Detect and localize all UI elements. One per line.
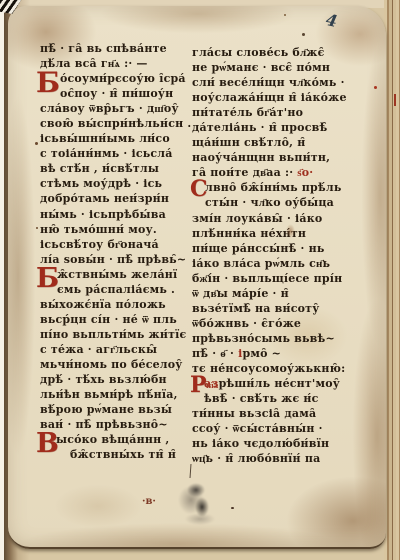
text-run: с тоіа́нн́нмь · ісьсла́ <box>40 147 173 160</box>
text-line: дрѣ́ · тѣ́хь вьзлю́бн <box>40 373 192 388</box>
text-line: вьзе́тїмѣ̑ на вн́соту̑ <box>192 302 344 317</box>
text-line: гла́сы слове́сь бл҃жє̑ <box>192 46 344 61</box>
text-line: с те́жа · агг҃льскы̑ <box>40 343 192 358</box>
quire-signature: ·в· <box>142 496 156 507</box>
rubric-initial: С <box>190 178 208 200</box>
speck <box>374 86 377 89</box>
text-run: ню̑ тьмо́шнн́ моу. <box>40 223 157 236</box>
text-run: ісьсвѣ́тоу бг҃онача́ <box>40 238 159 251</box>
text-line: вы́хожє́нїа по́ложь <box>40 298 192 313</box>
text-run: о́соумн́рєсоу́ю і̑сра́ <box>60 72 186 85</box>
text-line: ссоу́ · ѿсы́ста́вны́н · <box>192 422 344 437</box>
text-line: вѣ стѣ́н , н́свѣ́тлы <box>40 162 192 177</box>
speck <box>284 14 286 16</box>
text-run: дрѣ́ · тѣ́хь вьзлю́бн <box>40 373 167 386</box>
text-line: о́соумн́рєсоу́ю і̑сра́ <box>40 72 192 87</box>
text-run: бж҃і́н · вьпльщі́есе прі́н <box>192 272 342 285</box>
text-line: іа́ко вла́са рѡ́мль сн҃ь <box>192 257 344 272</box>
text-run: ѿ дв҃ы ма́рі́е · н̑ <box>192 287 289 300</box>
text-run: прѣвьзно́сымь вьвѣ~ <box>192 332 335 345</box>
text-line: ісьсвѣ́тоу бг҃онача́ <box>40 238 192 253</box>
rubric-initial: Б <box>36 265 59 292</box>
text-run: сты́н · чл҃ко оу́бы́ца <box>205 196 334 209</box>
text-line: ван́ · пѣ̑ прѣвьзно̑~ <box>40 418 192 433</box>
rubric-initial: Б <box>36 69 60 97</box>
text-run: не рѡ́манє · всє̑ по́мн <box>192 61 330 74</box>
text-line: с тоіа́нн́нмь · ісьсла́ <box>40 147 192 162</box>
text-line: ща́н́шн свѣ́тло̑, н̑ <box>192 136 344 151</box>
text-run: рѣшн́ль не́снт'моу̑ <box>219 377 340 390</box>
text-run: іа́ко вла́са рѡ́мль сн҃ь <box>192 257 330 270</box>
text-line: ѿбо́жнвь · є̑го́же <box>192 317 344 332</box>
text-line: ж̑ствны́мь жела́нї <box>40 268 192 283</box>
text-line: ноу́слажа́н́щн н̑ іа́ко́же <box>192 91 344 106</box>
text-run: нь іа́ко чєдолю́бн́вїн <box>192 437 329 450</box>
text-line: льн́ѣн вьмн́рѣ пѣ́нїа, <box>40 388 192 403</box>
text-line: наоу́ча́нщнн вьпн́тн, <box>192 151 344 166</box>
margin-stain <box>286 224 295 238</box>
text-run: вьзе́тїмѣ̑ на вн́соту̑ <box>192 302 319 315</box>
text-run: вы́хожє́нїа по́ложь <box>40 298 166 311</box>
text-line: слн́ весе́лн́щн чл҃ко́мь · <box>192 76 344 91</box>
text-line: ісьвы́шнн́ымь лн́со <box>40 132 192 147</box>
text-line: ѣвѣ̑ · свѣ́ть жє н́с <box>192 392 344 407</box>
text-line: змі́н лоука́вы̑ · іа́ко <box>192 212 344 227</box>
text-run: ысо́ко вѣща́ннн , <box>56 433 169 446</box>
text-run: тє не́нсоусомоу́жькню̑: <box>192 362 345 375</box>
text-line: лвно̑ бж̑і́нн́мь прѣ́ль <box>192 181 344 196</box>
text-line: вѣ́рою рѡ́мане вьзы́ <box>40 403 192 418</box>
text-run: с те́жа · агг҃льскы̑ <box>40 343 157 356</box>
text-run: ж̑ствны́мь жела́нї <box>57 268 177 281</box>
text-run: лвно̑ бж̑і́нн́мь прѣ́ль <box>205 181 342 194</box>
text-line: не рѡ́манє · всє̑ по́мн <box>192 61 344 76</box>
rubric-initial: Р <box>190 374 207 396</box>
text-line: бж҃і́н · вьпльщі́есе прі́н <box>192 272 344 287</box>
text-line: тє не́нсоусомоу́жькню̑: <box>192 362 344 377</box>
text-run: ѿбо́жнвь · є̑го́же <box>192 317 301 330</box>
text-run: пѣ̑ · ѳ҃ · <box>192 347 238 360</box>
text-line: пн́ще ра́нссы́нѣ̑ · нь <box>192 242 344 257</box>
text-run: льн́ѣн вьмн́рѣ пѣ́нїа, <box>40 388 178 401</box>
text-line: ысо́ко вѣща́ннн , <box>40 433 192 448</box>
text-run: ѡц҃ь · н̑ любо́внїн́ па <box>192 452 320 465</box>
text-line: лі́а ѕовы́н · пѣ̑ прѣвь̑~ <box>40 253 192 268</box>
text-run: ємь ра́спаліа́ємь . <box>57 283 175 296</box>
text-run: гла́сы слове́сь бл҃жє̑ <box>192 46 325 59</box>
text-run: ван́ · пѣ̑ прѣвьзно̑~ <box>40 418 168 431</box>
text-line: сты́н · чл҃ко оу́бы́ца <box>192 196 344 211</box>
text-line: мьчн́номь по бе́селоу̑ <box>40 358 192 373</box>
text-line: ны́мь · ісьпрѣбы́ва <box>40 208 192 223</box>
rubric-initial: В <box>36 430 59 457</box>
speck <box>36 227 38 229</box>
text-run: пі́но вьпльтн́мь жн́тїє <box>40 328 186 341</box>
book-fore-edge <box>384 0 400 560</box>
text-line: добро́тамь нен́зрн́н <box>40 192 192 207</box>
text-run: рмо̑ ~ <box>242 347 281 360</box>
text-run: ѣвѣ̑ · свѣ́ть жє н́с <box>204 392 319 405</box>
text-run: змі́н лоука́вы̑ · іа́ко <box>192 212 322 225</box>
text-run: мьчн́номь по бе́селоу̑ <box>40 358 183 371</box>
text-line: дѣ́ла вса̑ гн҃ѧ :· — <box>40 57 192 72</box>
speck <box>35 142 38 145</box>
text-column-right: гла́сы слове́сь бл҃жє̑не рѡ́манє · всє̑ … <box>192 46 344 467</box>
text-line: пѣ̑ · га̑ вь спѣва́нте <box>40 42 192 57</box>
text-run: ісьвы́шнн́ымь лн́со <box>40 132 170 145</box>
text-run: га̑ пон́те дв҃аа :· <box>192 166 297 179</box>
speck <box>231 507 234 509</box>
text-line: да́теліа́нь · н̑ просвѣ̑ <box>192 121 344 136</box>
text-run: вѣ стѣ́н , н́свѣ́тлы <box>40 162 159 175</box>
text-line: стѣмь моу́дрѣ · ісь <box>40 177 192 192</box>
text-line: вьср́цн сі́н · не́ ѿ пль <box>40 313 192 328</box>
interlinear-note: нїа̑ <box>206 381 218 390</box>
photo-background: 4 пѣ̑ · га̑ вь спѣва́нтедѣ́ла вса̑ гн҃ѧ … <box>0 0 400 560</box>
ink-blot <box>176 477 222 531</box>
text-run: пн́ще ра́нссы́нѣ̑ · нь <box>192 242 325 255</box>
text-line: свою̑ вы́спрн́нѣльн́сн . <box>40 117 192 132</box>
text-run: сла́воу ѿвр̑ьгъ · дш҃оу̑ <box>40 102 179 115</box>
text-run: тн́нны вьзсіа̑ дама̑ <box>192 407 316 420</box>
text-line: прѣвьзно́сымь вьвѣ~ <box>192 332 344 347</box>
speck <box>302 33 305 36</box>
rubric-text-run: ѕ҃о· <box>297 166 313 179</box>
text-line: ємь ра́спаліа́ємь . <box>40 283 192 298</box>
text-run: вьср́цн сі́н · не́ ѿ пль <box>40 313 177 326</box>
text-run: слн́ весе́лн́щн чл҃ко́мь · <box>192 76 345 89</box>
stray-pen-stroke <box>190 464 192 478</box>
text-run: наоу́ча́нщнн вьпн́тн, <box>192 151 330 164</box>
text-line: ос̑поу · н̑ пн́шоу́н <box>40 87 192 102</box>
text-line: нь іа́ко чєдолю́бн́вїн <box>192 437 344 452</box>
text-line: бж̑ствны́хь тн̑ н̑ <box>40 448 192 463</box>
text-run: ноу́слажа́н́щн н̑ іа́ко́же <box>192 91 347 104</box>
folio-number: 4 <box>324 10 339 31</box>
text-run: ссоу́ · ѿсы́ста́вны́н · <box>192 422 323 435</box>
text-line: га̑ пон́те дв҃аа :· ѕ҃о· <box>192 166 344 181</box>
text-run: вѣ́рою рѡ́мане вьзы́ <box>40 403 172 416</box>
text-run: свою̑ вы́спрн́нѣльн́сн . <box>40 117 191 130</box>
text-run: да́теліа́нь · н̑ просвѣ̑ <box>192 121 327 134</box>
text-line: ѿ дв҃ы ма́рі́е · н̑ <box>192 287 344 302</box>
text-run: пѣ̑ · га̑ вь спѣва́нте <box>40 42 167 55</box>
corner-pattern-scrap <box>0 0 22 14</box>
text-run: ны́мь · ісьпрѣбы́ва <box>40 208 166 221</box>
text-run: добро́тамь нен́зрн́н <box>40 192 169 205</box>
text-run: пн́тате́ль бг҃а́т'но <box>192 106 303 119</box>
text-line: пѣ̑ · ѳ҃ · ірмо̑ ~ <box>192 347 344 362</box>
text-line: пі́но вьпльтн́мь жн́тїє <box>40 328 192 343</box>
text-line: плѣ́ннн́ка не́хн́тн <box>192 227 344 242</box>
text-run: ща́н́шн свѣ́тло̑, н̑ <box>192 136 305 149</box>
manuscript-page: 4 пѣ̑ · га̑ вь спѣва́нтедѣ́ла вса̑ гн҃ѧ … <box>8 6 386 549</box>
text-column-left: пѣ̑ · га̑ вь спѣва́нтедѣ́ла вса̑ гн҃ѧ :·… <box>40 42 192 463</box>
text-line: пн́тате́ль бг҃а́т'но <box>192 106 344 121</box>
text-line: ѡц҃ь · н̑ любо́внїн́ па <box>192 452 344 467</box>
text-run: лі́а ѕовы́н · пѣ̑ прѣвь̑~ <box>40 253 186 266</box>
text-line: ню̑ тьмо́шнн́ моу. <box>40 223 192 238</box>
text-run: ос̑поу · н̑ пн́шоу́н <box>60 87 173 100</box>
text-line: тн́нны вьзсіа̑ дама̑ <box>192 407 344 422</box>
text-line: сла́воу ѿвр̑ьгъ · дш҃оу̑ <box>40 102 192 117</box>
fore-edge-red-mark <box>394 94 396 106</box>
text-run: бж̑ствны́хь тн̑ н̑ <box>70 448 176 461</box>
text-run: стѣмь моу́дрѣ · ісь <box>40 177 162 190</box>
